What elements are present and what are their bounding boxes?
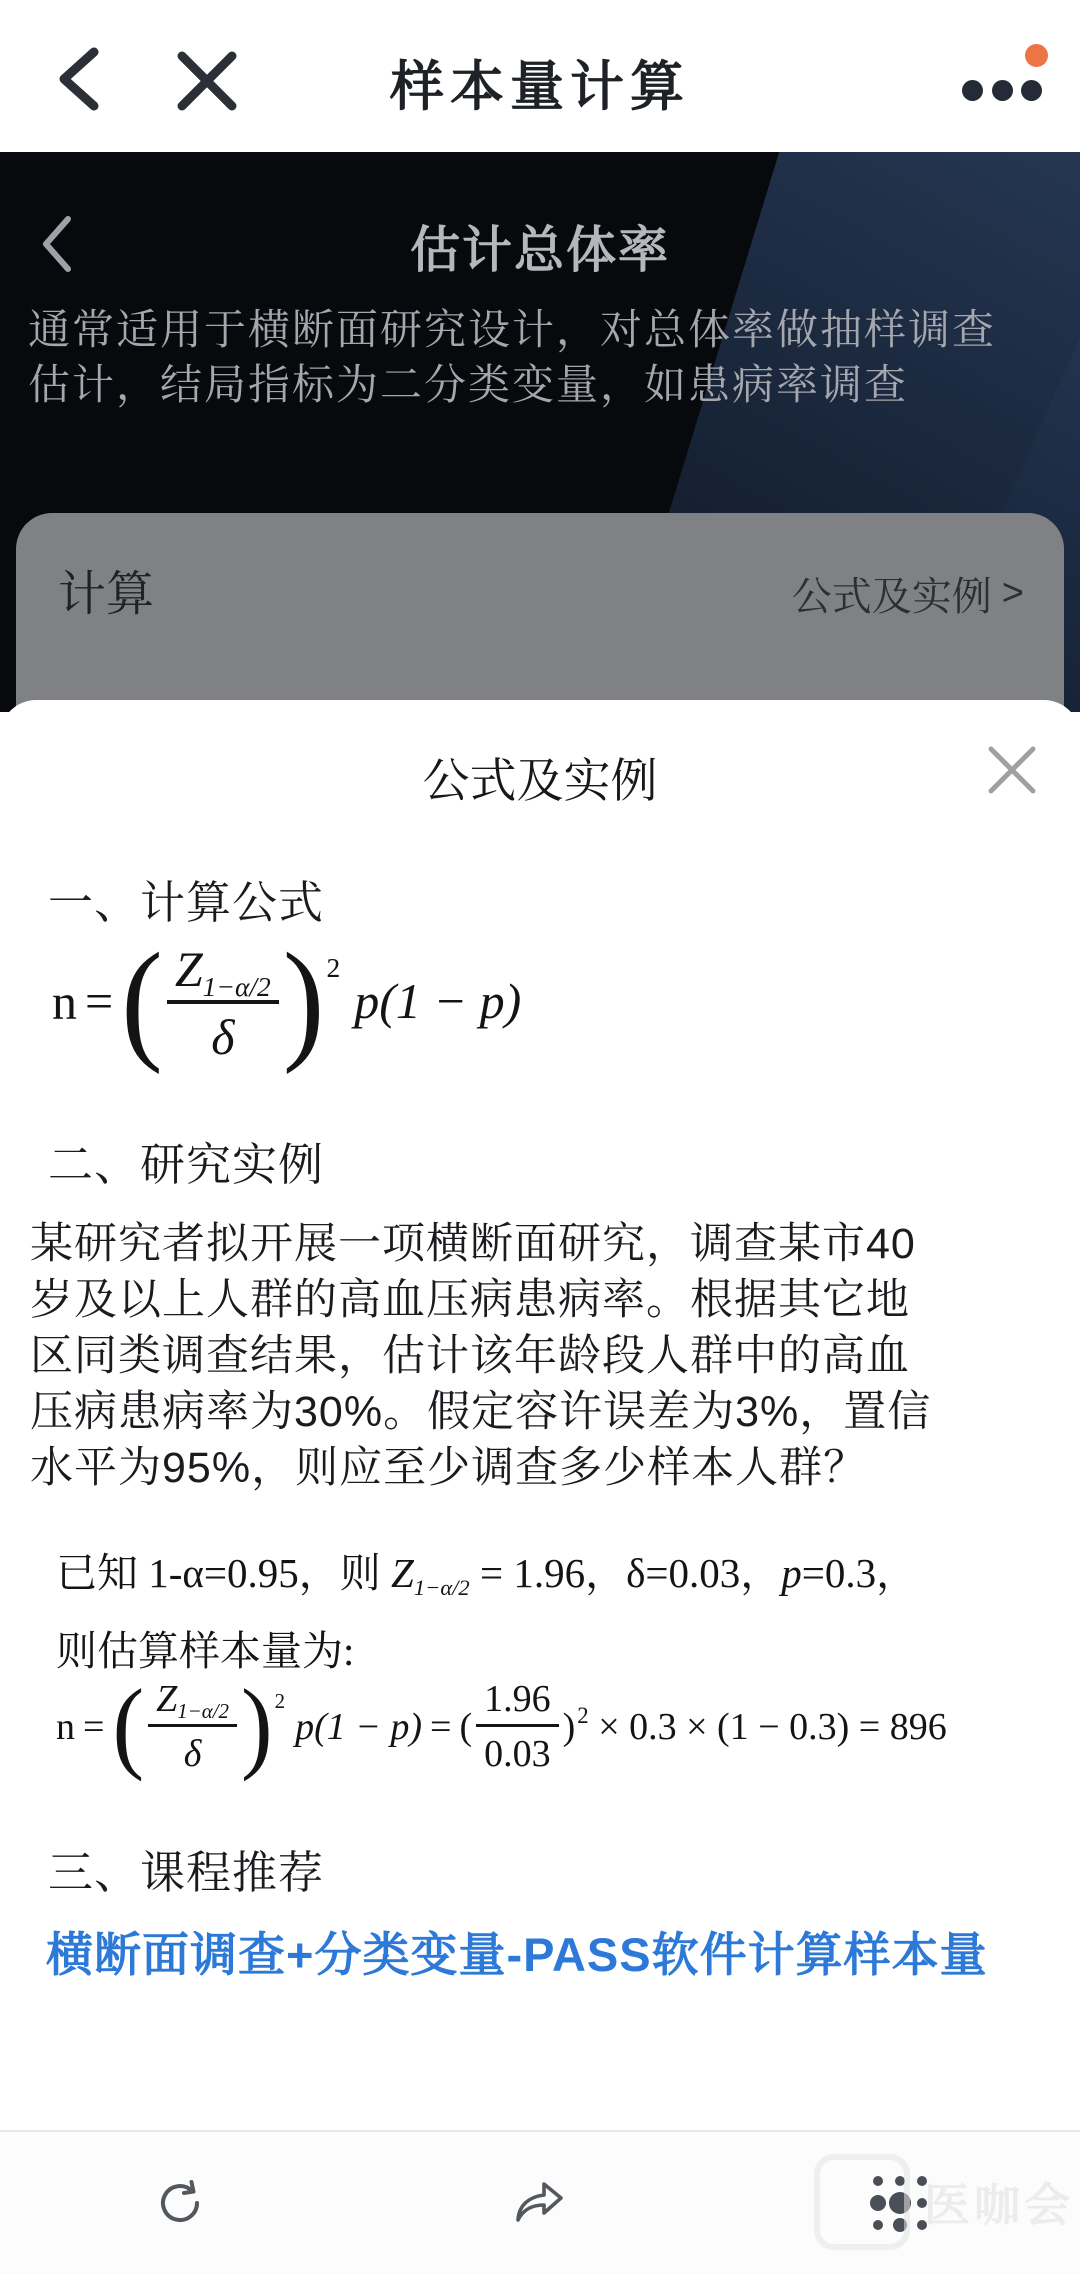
top-app-bar: 样本量计算 [0,0,1080,152]
sample-size-formula: n=(Z1−α/2δ)2p(1 − p) [52,948,521,1066]
chevron-right-icon: > [1002,572,1024,615]
course-link[interactable]: 横断面调查+分类变量-PASS软件计算样本量 [46,1918,988,1985]
share-forward-icon[interactable] [511,2176,569,2230]
section-heading-course: 三、课程推荐 [48,1836,324,1901]
known-values-line: 已知 1-α=0.95，则 Z1−α/2 = 1.96，δ=0.03，p=0.3… [56,1540,917,1599]
refresh-icon[interactable] [152,2175,208,2231]
section-heading-example: 二、研究实例 [48,1128,324,1193]
app-screen: 样本量计算 估计总体率 通常适用于横断面研究设计，对总体率做抽样调查 估计，结局… [0,0,1080,2274]
calculation-formula: n=(Z1−α/2δ)2p(1 − p)=(1.960.03)2 × 0.3 ×… [56,1684,947,1777]
example-paragraph: 某研究者拟开展一项横断面研究，调查某市40 岁及以上人群的高血压病患病率。根据其… [30,1216,1052,1496]
estimate-label: 则估算样本量为: [56,1618,354,1677]
tab-calculate[interactable]: 计算 [58,555,154,624]
modal-title: 公式及实例 [0,744,1080,811]
bottom-toolbar [0,2130,1080,2274]
section-heading-formula: 一、计算公式 [48,866,324,931]
modal-close-icon[interactable] [986,744,1038,796]
formula-example-link[interactable]: 公式及实例 > [792,565,1024,622]
notification-badge [1025,44,1048,67]
grid-dots-icon[interactable] [868,2171,932,2235]
page-title: 样本量计算 [0,44,1080,121]
more-menu-icon[interactable] [962,70,1042,110]
hero-description: 通常适用于横断面研究设计，对总体率做抽样调查 估计，结局指标为二分类变量，如患病… [28,302,1048,412]
hero-title: 估计总体率 [0,210,1080,282]
formula-example-modal: 公式及实例 一、计算公式 n=(Z1−α/2δ)2p(1 − p) 二、研究实例… [0,700,1080,2274]
